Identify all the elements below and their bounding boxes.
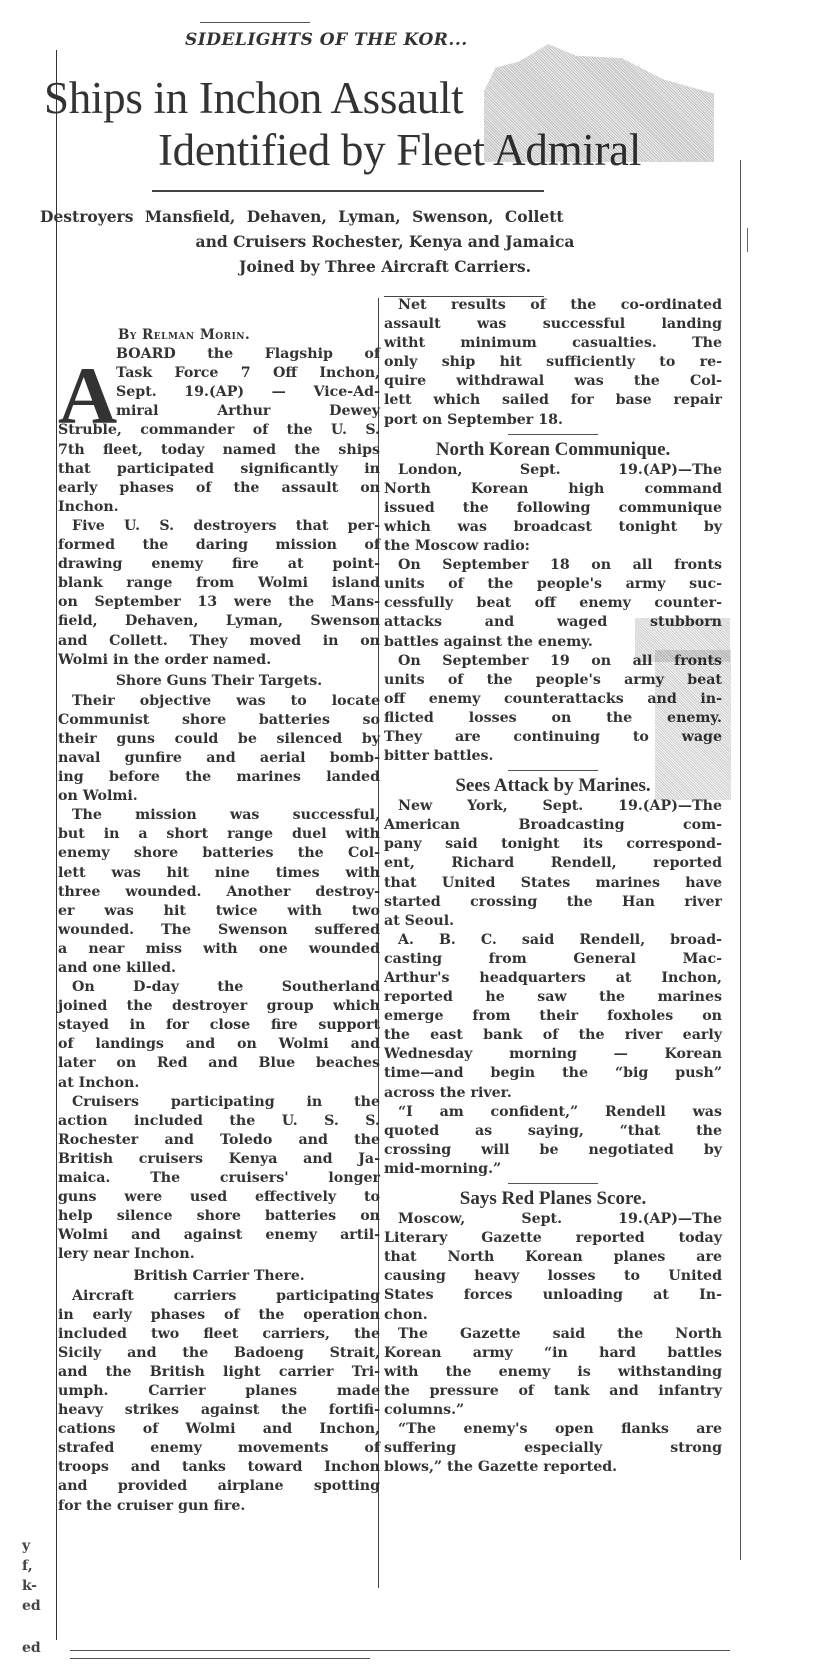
article-line: On September 18 on all fronts xyxy=(384,556,722,575)
article-line: included two fleet carriers, the xyxy=(58,1325,380,1344)
article-line: Five U. S. destroyers that per- xyxy=(58,517,380,536)
article-line: A. B. C. said Rendell, broad- xyxy=(384,931,722,950)
article-line: Korean army “in hard battles xyxy=(384,1344,722,1363)
article-line: British cruisers Kenya and Ja- xyxy=(58,1150,380,1169)
article-line: their guns could be silenced by xyxy=(58,730,380,749)
article-line: On D-day the Southerland xyxy=(58,978,380,997)
byline: By Relman Morin. xyxy=(58,326,380,345)
article-line: Rochester and Toledo and the xyxy=(58,1131,380,1150)
margin-fragment: y xyxy=(22,1538,30,1554)
article-line: that United States marines have xyxy=(384,874,722,893)
article-line: Sicily and the Badoeng Strait, xyxy=(58,1344,380,1363)
article-line: States forces unloading at In- xyxy=(384,1286,722,1305)
left-border-rule xyxy=(56,50,57,1640)
section-subhead: Says Red Planes Score. xyxy=(384,1188,722,1210)
article-line: The mission was successful, xyxy=(58,806,380,825)
article-line: mid-morning.” xyxy=(384,1160,722,1179)
newspaper-clipping: SIDELIGHTS OF THE KOR... Ships in Inchon… xyxy=(0,0,827,1669)
article-line: blows,” the Gazette reported. xyxy=(384,1458,722,1477)
article-line: suffering especially strong xyxy=(384,1439,722,1458)
article-line: cessfully beat off enemy counter- xyxy=(384,594,722,613)
article-line: Cruisers participating in the xyxy=(58,1093,380,1112)
article-line: the east bank of the river early xyxy=(384,1026,722,1045)
article-line: Their objective was to locate xyxy=(58,692,380,711)
article-line: but in a short range duel with xyxy=(58,825,380,844)
article-line: stayed in for close fire support xyxy=(58,1016,380,1035)
article-line: and the British light carrier Tri- xyxy=(58,1363,380,1382)
article-line: heavy strikes against the fortifi- xyxy=(58,1401,380,1420)
article-line: strafed enemy movements of xyxy=(58,1439,380,1458)
article-line: three wounded. Another destroy- xyxy=(58,883,380,902)
article-line: port on September 18. xyxy=(384,411,722,430)
article-line: cations of Wolmi and Inchon, xyxy=(58,1420,380,1439)
deck-line: Destroyers Mansfield, Dehaven, Lyman, Sw… xyxy=(40,204,730,229)
article-line: of landings and on Wolmi and xyxy=(58,1035,380,1054)
article-line: Aircraft carriers participating xyxy=(58,1287,380,1306)
bottom-rule xyxy=(70,1658,370,1659)
article-line: London, Sept. 19.(AP)—The xyxy=(384,461,722,480)
article-line: at Seoul. xyxy=(384,912,722,931)
margin-fragment: ed xyxy=(22,1640,41,1656)
article-line: naval gunfire and aerial bomb- xyxy=(58,749,380,768)
section-subhead: Shore Guns Their Targets. xyxy=(58,670,380,692)
article-line: columns.” xyxy=(384,1401,722,1420)
article-line: and provided airplane spotting xyxy=(58,1477,380,1496)
scan-smudge xyxy=(484,44,714,162)
section-rule xyxy=(508,434,598,435)
deck-line: Joined by Three Aircraft Carriers. xyxy=(40,254,730,279)
article-line: American Broadcasting com- xyxy=(384,816,722,835)
article-line: field, Dehaven, Lyman, Swenson xyxy=(58,612,380,631)
article-line: only ship hit sufficiently to re- xyxy=(384,353,722,372)
article-line: “I am confident,” Rendell was xyxy=(384,1103,722,1122)
article-line: “The enemy's open flanks are xyxy=(384,1420,722,1439)
article-line: Inchon. xyxy=(58,498,380,517)
section-subhead: British Carrier There. xyxy=(58,1265,380,1287)
article-line: Wolmi in the order named. xyxy=(58,651,380,670)
margin-fragment: k- xyxy=(22,1578,37,1594)
article-line: a near miss with one wounded xyxy=(58,940,380,959)
margin-fragment: f, xyxy=(22,1558,33,1574)
article-column-left: By Relman Morin. A BOARD the Flagship of… xyxy=(58,326,380,1516)
headline-rule xyxy=(152,190,544,192)
article-line: action included the U. S. S. xyxy=(58,1112,380,1131)
article-line: Moscow, Sept. 19.(AP)—The xyxy=(384,1210,722,1229)
article-line: crossing will be negotiated by xyxy=(384,1141,722,1160)
article-line: Communist shore batteries so xyxy=(58,711,380,730)
article-line: time—and begin the “big push” xyxy=(384,1064,722,1083)
article-line: 7th fleet, today named the ships xyxy=(58,441,380,460)
drop-cap: A xyxy=(58,361,117,431)
section-rule xyxy=(508,770,598,771)
article-line: ent, Richard Rendell, reported xyxy=(384,854,722,873)
article-line: The Gazette said the North xyxy=(384,1325,722,1344)
right-margin-mark xyxy=(747,228,748,252)
article-line: early phases of the assault on xyxy=(58,479,380,498)
article-line: lett which sailed for base repair xyxy=(384,391,722,410)
article-line: guns were used effectively to xyxy=(58,1188,380,1207)
article-line: that North Korean planes are xyxy=(384,1248,722,1267)
article-line: enemy shore batteries the Col- xyxy=(58,844,380,863)
right-column-body: Net results of the co-ordinatedassault w… xyxy=(384,296,722,1477)
article-line: North Korean high command xyxy=(384,480,722,499)
article-line: assault was successful landing xyxy=(384,315,722,334)
article-line: Wolmi and against enemy artil- xyxy=(58,1226,380,1245)
article-line: er was hit twice with two xyxy=(58,902,380,921)
article-line: on Wolmi. xyxy=(58,787,380,806)
margin-fragment: ed xyxy=(22,1598,41,1614)
article-line: with the enemy is withstanding xyxy=(384,1363,722,1382)
article-line: Wednesday morning — Korean xyxy=(384,1045,722,1064)
article-line: Literary Gazette reported today xyxy=(384,1229,722,1248)
scan-smudge xyxy=(655,650,731,800)
article-line: lett was hit nine times with xyxy=(58,864,380,883)
article-line: formed the daring mission of xyxy=(58,536,380,555)
article-line: in early phases of the operation xyxy=(58,1306,380,1325)
article-line: drawing enemy fire at point- xyxy=(58,555,380,574)
right-border-rule xyxy=(740,160,741,1560)
section-rule xyxy=(508,1183,598,1184)
article-line: Arthur's headquarters at Inchon, xyxy=(384,969,722,988)
article-line: later on Red and Blue beaches xyxy=(58,1054,380,1073)
article-line: reported he saw the marines xyxy=(384,988,722,1007)
article-line: Net results of the co-ordinated xyxy=(384,296,722,315)
article-line: umph. Carrier planes made xyxy=(58,1382,380,1401)
article-line: chon. xyxy=(384,1306,722,1325)
left-column-body: A BOARD the Flagship ofTask Force 7 Off … xyxy=(58,345,380,1516)
article-line: the pressure of tank and infantry xyxy=(384,1382,722,1401)
article-line: maica. The cruisers' longer xyxy=(58,1169,380,1188)
article-line: pany said tonight its correspond- xyxy=(384,835,722,854)
deck-line: and Cruisers Rochester, Kenya and Jamaic… xyxy=(40,229,730,254)
article-line: quoted as saying, “that the xyxy=(384,1122,722,1141)
bottom-rule xyxy=(70,1650,730,1651)
article-line: on September 13 were the Mans- xyxy=(58,593,380,612)
article-line: New York, Sept. 19.(AP)—The xyxy=(384,797,722,816)
deck-subheadline: Destroyers Mansfield, Dehaven, Lyman, Sw… xyxy=(40,204,730,279)
article-line: quire withdrawal was the Col- xyxy=(384,372,722,391)
article-line: wounded. The Swenson suffered xyxy=(58,921,380,940)
article-line: started crossing the Han river xyxy=(384,893,722,912)
article-line: for the cruiser gun fire. xyxy=(58,1497,380,1516)
article-line: joined the destroyer group which xyxy=(58,997,380,1016)
article-line: and one killed. xyxy=(58,959,380,978)
article-line: troops and tanks toward Inchon xyxy=(58,1458,380,1477)
article-line: witht minimum casualties. The xyxy=(384,334,722,353)
article-line: casting from General Mac- xyxy=(384,950,722,969)
kicker-rule xyxy=(200,22,310,23)
section-subhead: North Korean Communique. xyxy=(384,439,722,461)
article-line: emerge from their foxholes on xyxy=(384,1007,722,1026)
article-line: and Collett. They moved in on xyxy=(58,632,380,651)
article-line: at Inchon. xyxy=(58,1074,380,1093)
article-line: which was broadcast tonight by xyxy=(384,518,722,537)
headline-line-1: Ships in Inchon Assault xyxy=(44,72,463,124)
article-line: ing before the marines landed xyxy=(58,768,380,787)
article-line: across the river. xyxy=(384,1084,722,1103)
article-column-right: Net results of the co-ordinatedassault w… xyxy=(384,296,722,1477)
article-line: issued the following communique xyxy=(384,499,722,518)
article-line: that participated significantly in xyxy=(58,460,380,479)
section-kicker: SIDELIGHTS OF THE KOR... xyxy=(185,30,468,50)
article-line: lery near Inchon. xyxy=(58,1245,380,1264)
article-line: causing heavy losses to United xyxy=(384,1267,722,1286)
article-line: help silence shore batteries on xyxy=(58,1207,380,1226)
article-line: units of the people's army suc- xyxy=(384,575,722,594)
article-line: the Moscow radio: xyxy=(384,537,722,556)
article-line: blank range from Wolmi island xyxy=(58,574,380,593)
